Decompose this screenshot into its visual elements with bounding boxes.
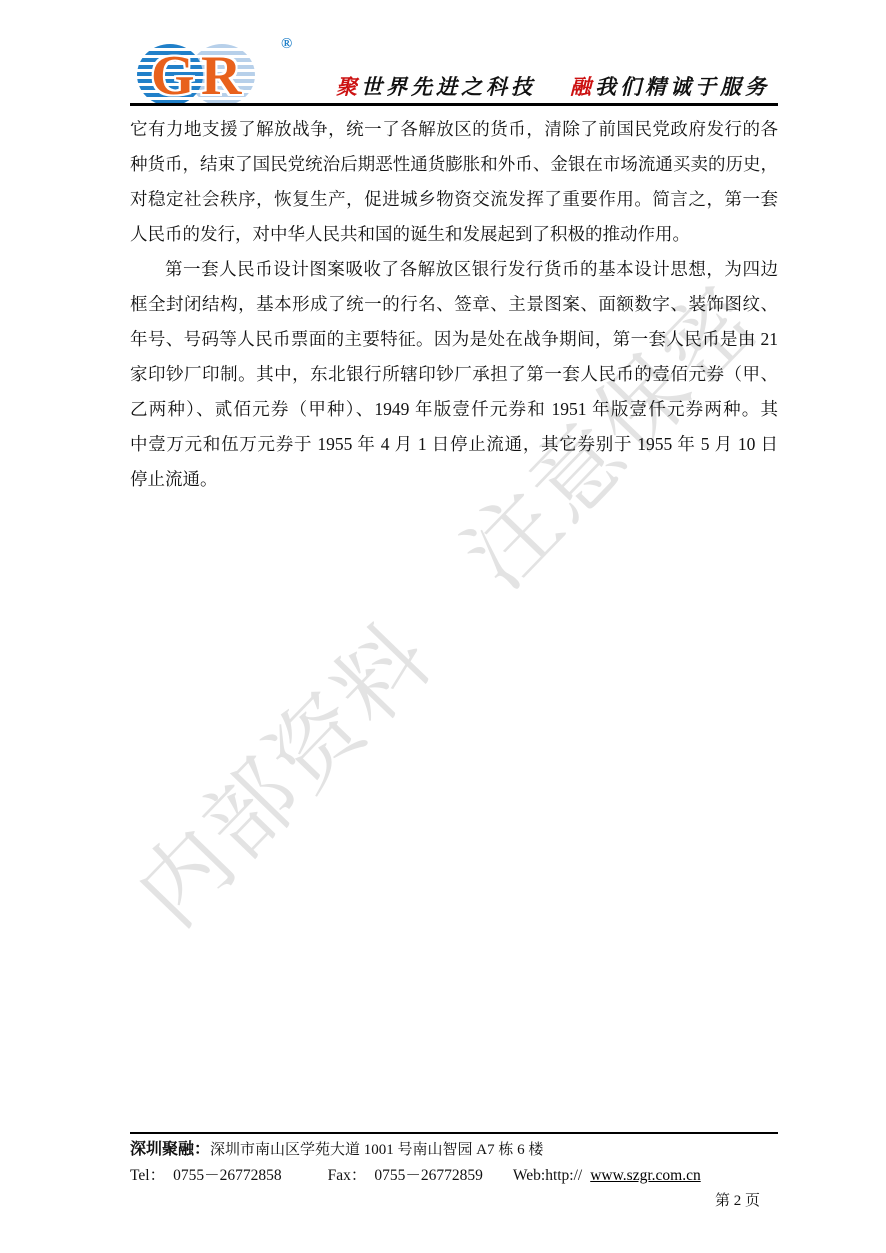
- logo-letter-r: R: [201, 48, 241, 104]
- company-logo: G R ®: [135, 36, 315, 108]
- body-line: 它有力地支援了解放战争，统一了各解放区的货币，清除了前国民党政府发行的各: [130, 112, 778, 147]
- body-line: 框全封闭结构，基本形成了统一的行名、签章、主景图案、面额数字、装饰图纹、: [130, 287, 778, 322]
- footer-divider: [130, 1132, 778, 1134]
- company-slogan: 聚世界先进之科技融我们精诚于服务: [336, 74, 770, 100]
- page-number: 第 2 页: [130, 1191, 778, 1211]
- document-body: 它有力地支援了解放战争，统一了各解放区的货币，清除了前国民党政府发行的各 种货币…: [130, 112, 778, 497]
- body-line: 年号、号码等人民币票面的主要特征。因为是处在战争期间，第一套人民币是由 21: [130, 322, 778, 357]
- company-address: 深圳市南山区学苑大道 1001 号南山智园 A7 栋 6 楼: [210, 1142, 543, 1158]
- company-name: 深圳聚融：: [130, 1141, 210, 1158]
- slogan-text-1: 世界先进之科技: [361, 75, 536, 99]
- body-line: 家印钞厂印制。其中，东北银行所辖印钞厂承担了第一套人民币的壹佰元券（甲、: [130, 357, 778, 392]
- footer-contact-line: Tel：0755－26772858Fax：0755－26772859Web:ht…: [130, 1165, 778, 1187]
- body-line: 第一套人民币设计图案吸收了各解放区银行发行货币的基本设计思想，为四边: [130, 252, 778, 287]
- document-page: 内部资料 注意保密 G R ® 聚世界先进之科技融我们精诚于服务 它有力地支援了…: [0, 0, 886, 1253]
- tel-label: Tel：: [130, 1167, 165, 1184]
- slogan-accent-2: 融: [570, 75, 595, 99]
- body-line: 中壹万元和伍万元券于 1955 年 4 月 1 日停止流通，其它券别于 1955…: [130, 427, 778, 462]
- logo-letter-g: G: [151, 48, 195, 104]
- website-link[interactable]: www.szgr.com.cn: [590, 1167, 700, 1184]
- slogan-text-2: 我们精诚于服务: [595, 75, 770, 99]
- fax-number: 0755－26772859: [374, 1167, 483, 1184]
- tel-number: 0755－26772858: [173, 1167, 282, 1184]
- slogan-accent-1: 聚: [336, 75, 361, 99]
- body-line: 停止流通。: [130, 462, 778, 497]
- body-line: 种货币，结束了国民党统治后期恶性通货膨胀和外币、金银在市场流通买卖的历史，: [130, 147, 778, 182]
- footer-address-line: 深圳聚融：深圳市南山区学苑大道 1001 号南山智园 A7 栋 6 楼: [130, 1140, 778, 1160]
- header-divider: [130, 103, 778, 106]
- registered-trademark-icon: ®: [281, 36, 292, 53]
- body-line: 对稳定社会秩序，恢复生产，促进城乡物资交流发挥了重要作用。简言之，第一套: [130, 182, 778, 217]
- body-line: 人民币的发行，对中华人民共和国的诞生和发展起到了积极的推动作用。: [130, 217, 778, 252]
- fax-label: Fax：: [328, 1167, 367, 1184]
- page-footer: 深圳聚融：深圳市南山区学苑大道 1001 号南山智园 A7 栋 6 楼 Tel：…: [130, 1132, 778, 1211]
- web-label: Web:http://: [513, 1167, 582, 1184]
- body-line: 乙两种）、贰佰元券（甲种）、1949 年版壹仟元券和 1951 年版壹仟元券两种…: [130, 392, 778, 427]
